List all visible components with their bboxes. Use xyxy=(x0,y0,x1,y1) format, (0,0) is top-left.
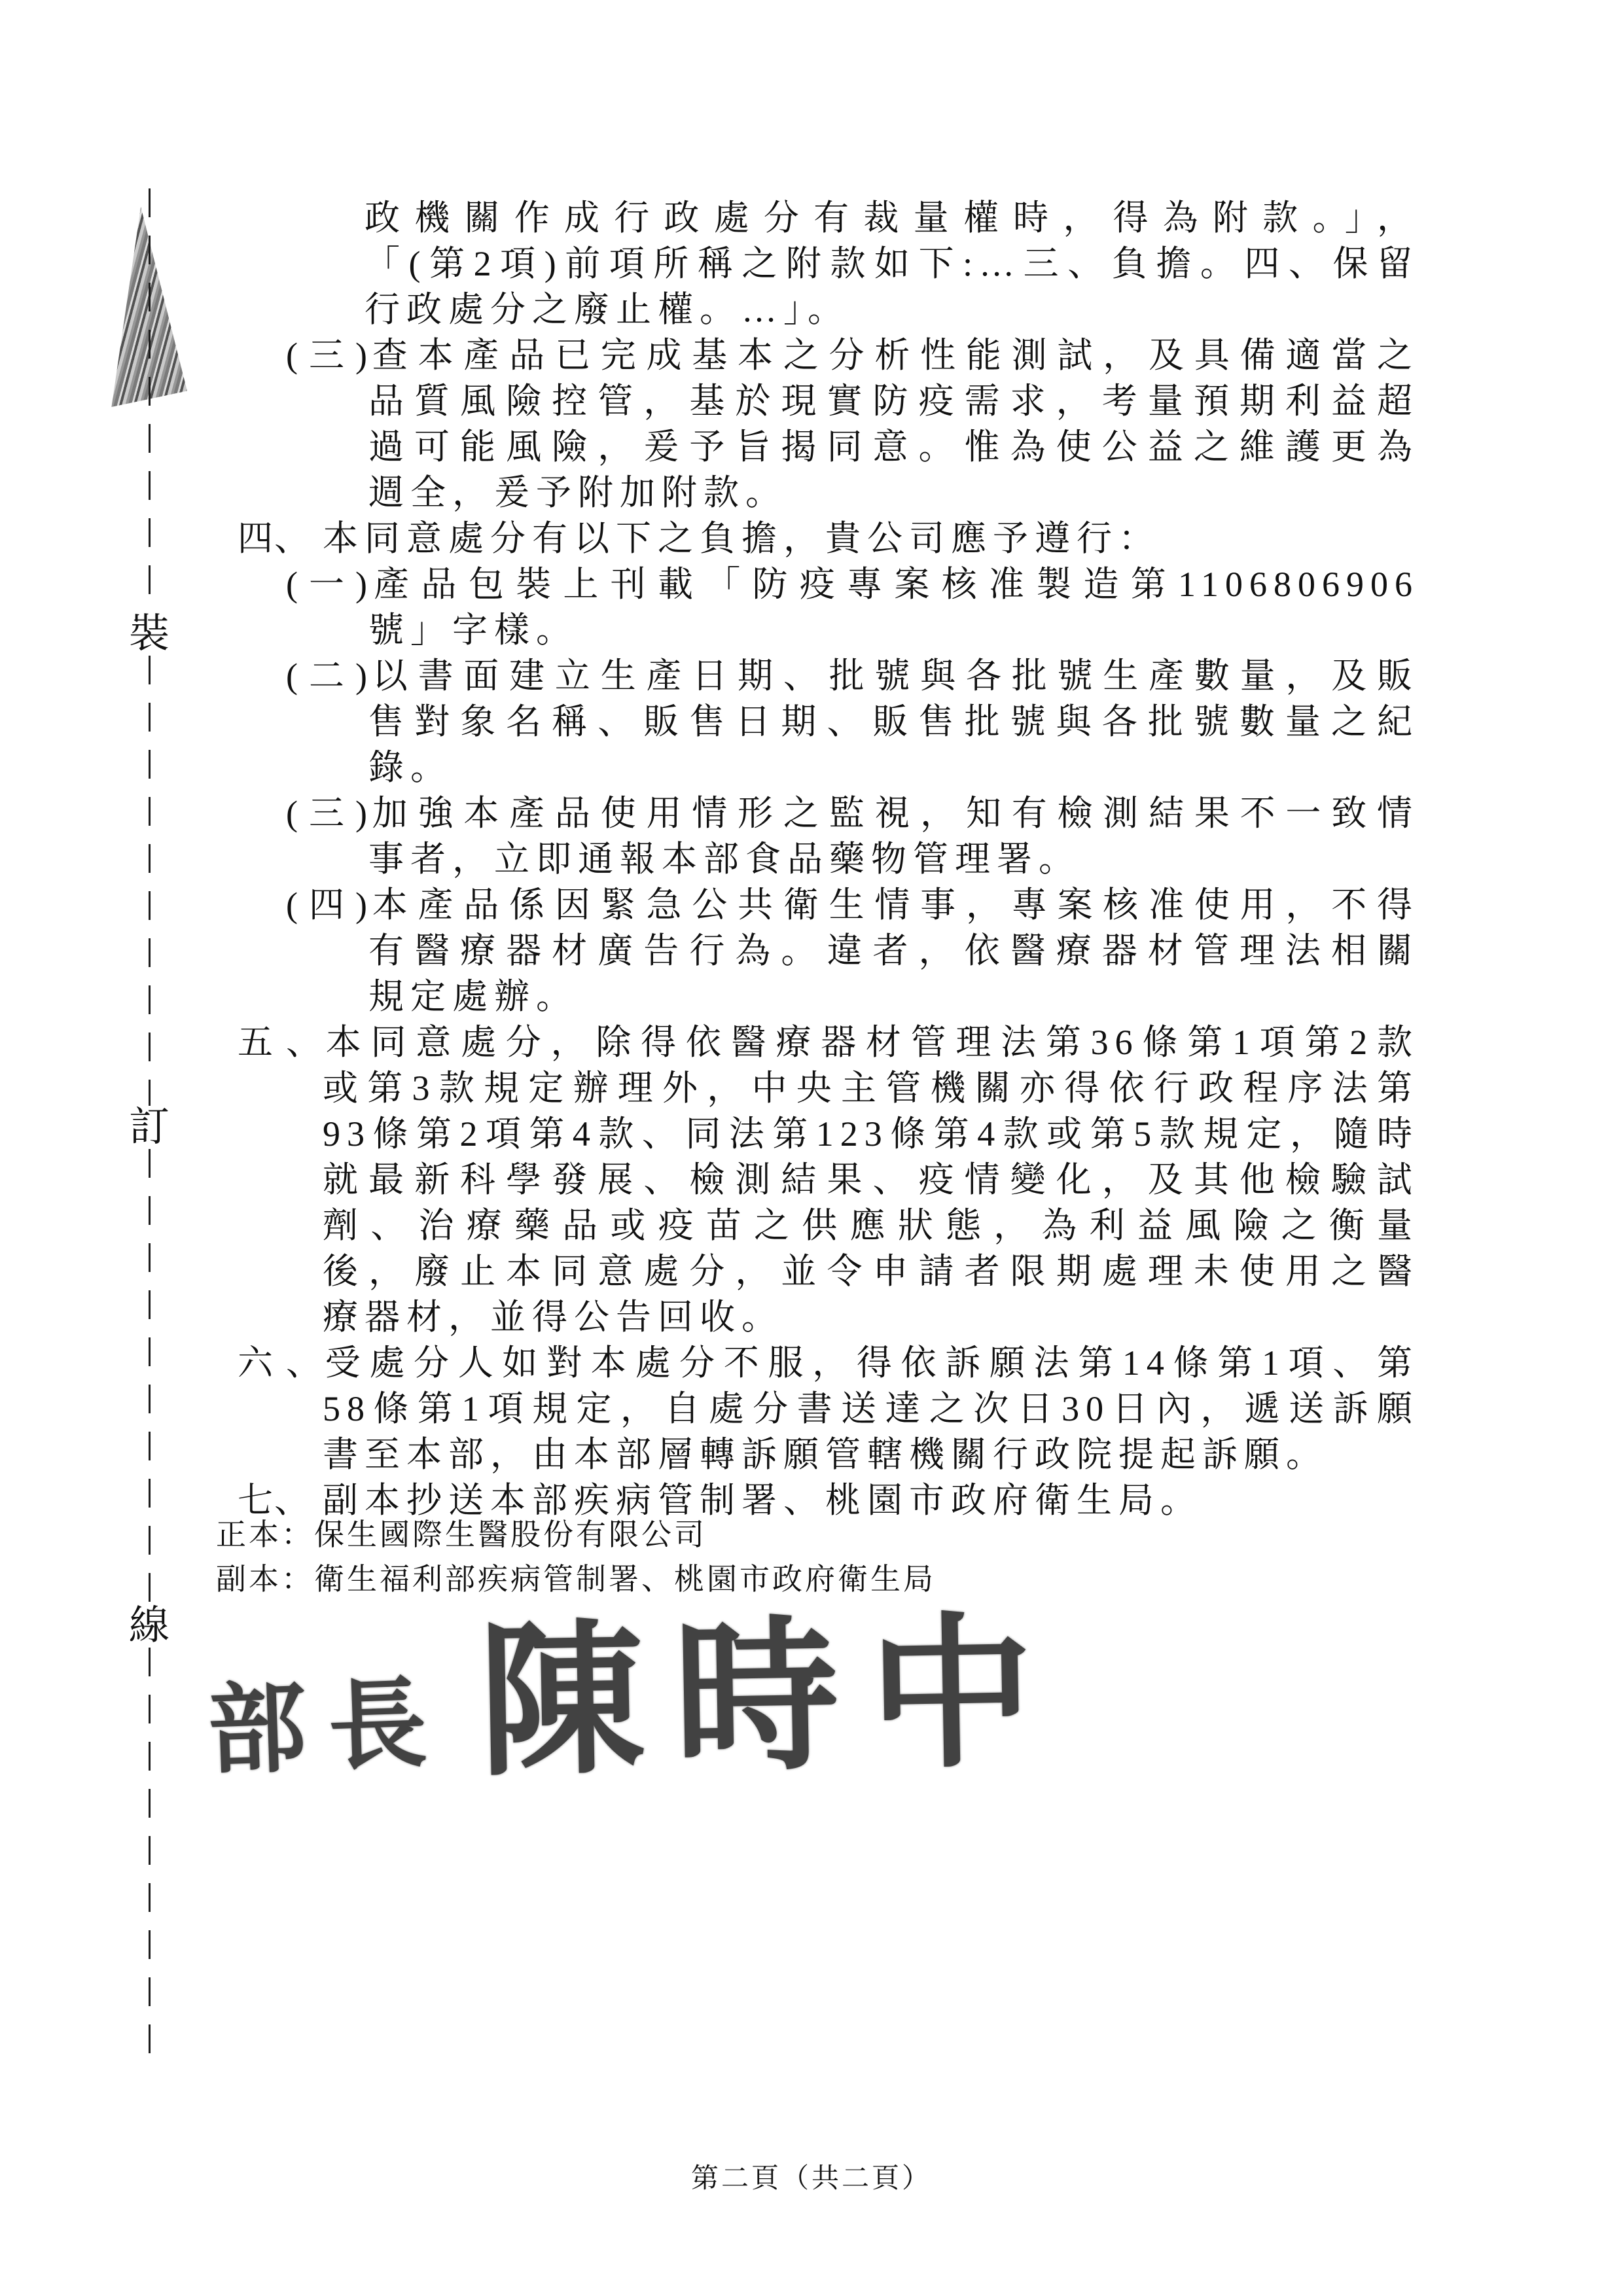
line-text: 行政處分之廢止權。…」。 xyxy=(365,290,849,329)
text-line: 錄。 xyxy=(238,745,1419,790)
line-text: 書至本部，由本部層轉訴願管轄機關行政院提起訴願。 xyxy=(323,1435,1328,1474)
line-text: 受處分人如對本處分不服，得依訴願法第14條第1項、第 xyxy=(323,1343,1419,1383)
line-text: 產品包裝上刊載「防疫專案核准製造第1106806906 xyxy=(368,565,1419,604)
signature-name: 陳時中 xyxy=(478,1611,1065,1786)
text-line: 事者，立即通報本部食品藥物管理署。 xyxy=(238,836,1419,882)
line-text: 療器材，並得公告回收。 xyxy=(323,1298,783,1337)
line-text: 本同意處分有以下之負擔，貴公司應予遵行： xyxy=(323,519,1160,558)
recipient-copy-label: 副本： xyxy=(216,1563,314,1596)
text-line: 四、本同意處分有以下之負擔，貴公司應予遵行： xyxy=(238,516,1419,561)
text-line: 售對象名稱、販售日期、販售批號與各批號數量之紀 xyxy=(238,699,1419,745)
binding-dashed-line xyxy=(149,656,151,1106)
item-marker: (四) xyxy=(286,882,368,928)
text-line: 「(第2項)前項所稱之附款如下:…三、負擔。四、保留 xyxy=(238,241,1419,287)
line-text: 本產品係因緊急公共衛生情事，專案核准使用，不得 xyxy=(368,885,1419,925)
minister-signature: 部長 陳時中 xyxy=(208,1616,1064,1781)
text-line: 品質風險控管，基於現實防疫需求，考量預期利益超 xyxy=(238,378,1419,424)
recipient-copy-value: 衛生福利部疾病管制署、桃園市政府衛生局 xyxy=(314,1563,936,1596)
line-text: 「(第2項)前項所稱之附款如下:…三、負擔。四、保留 xyxy=(365,244,1419,283)
line-text: 錄。 xyxy=(368,748,452,787)
text-line: (一)產品包裝上刊載「防疫專案核准製造第1106806906 xyxy=(238,561,1419,607)
line-text: 事者，立即通報本部食品藥物管理署。 xyxy=(368,839,1080,879)
page-number: 第二頁（共二頁） xyxy=(0,2157,1623,2196)
text-line: 週全，爰予附加附款。 xyxy=(238,470,1419,516)
text-line: 58條第1項規定，自處分書送達之次日30日內，遞送訴願 xyxy=(238,1386,1419,1432)
line-text: 查本產品已完成基本之分析性能測試，及具備適當之 xyxy=(368,336,1419,375)
text-line: 過可能風險，爰予旨揭同意。惟為使公益之維護更為 xyxy=(238,424,1419,470)
line-text: 售對象名稱、販售日期、販售批號與各批號數量之紀 xyxy=(368,702,1419,741)
binding-label-ding: 訂 xyxy=(129,1106,169,1149)
binding-dashed-line xyxy=(149,188,151,612)
text-line: 規定處辦。 xyxy=(238,974,1419,1019)
item-marker: 五、 xyxy=(238,1019,323,1065)
recipients-block: 正本：保生國際生醫股份有限公司 副本：衛生福利部疾病管制署、桃園市政府衛生局 xyxy=(216,1513,936,1602)
text-line: 六、受處分人如對本處分不服，得依訴願法第14條第1項、第 xyxy=(238,1340,1419,1386)
text-line: 書至本部，由本部層轉訴願管轄機關行政院提起訴願。 xyxy=(238,1432,1419,1477)
recipient-original-line: 正本：保生國際生醫股份有限公司 xyxy=(216,1513,936,1557)
line-text: 號」字樣。 xyxy=(368,610,578,650)
line-text: 58條第1項規定，自處分書送達之次日30日內，遞送訴願 xyxy=(323,1389,1419,1428)
text-line: 就最新科學發展、檢測結果、疫情變化，及其他檢驗試 xyxy=(238,1157,1419,1203)
line-text: 加強本產品使用情形之監視，知有檢測結果不一致情 xyxy=(368,794,1419,833)
item-marker: 四、 xyxy=(238,516,323,561)
binding-dashed-line xyxy=(149,1648,151,2070)
line-text: 週全，爰予附加附款。 xyxy=(368,473,787,512)
text-line: 號」字樣。 xyxy=(238,607,1419,653)
binding-label-xian: 線 xyxy=(129,1604,169,1648)
text-line: 93條第2項第4款、同法第123條第4款或第5款規定，隨時 xyxy=(238,1111,1419,1157)
item-marker: 六、 xyxy=(238,1340,323,1386)
document-page: 裝 訂 線 政機關作成行政處分有裁量權時，得為附款。」，「(第2項)前項所稱之附… xyxy=(0,0,1623,2296)
line-text: 劑、治療藥品或疫苗之供應狀態，為利益風險之衡量 xyxy=(323,1206,1419,1245)
text-line: (二)以書面建立生產日期、批號與各批號生產數量，及販 xyxy=(238,653,1419,699)
line-text: 過可能風險，爰予旨揭同意。惟為使公益之維護更為 xyxy=(368,427,1419,467)
text-line: 行政處分之廢止權。…」。 xyxy=(238,287,1419,332)
text-line: 政機關作成行政處分有裁量權時，得為附款。」， xyxy=(238,195,1419,241)
text-line: 後，廢止本同意處分，並令申請者限期處理未使用之醫 xyxy=(238,1248,1419,1294)
text-line: 或第3款規定辦理外，中央主管機關亦得依行政程序法第 xyxy=(238,1065,1419,1111)
text-line: (三)加強本產品使用情形之監視，知有檢測結果不一致情 xyxy=(238,790,1419,836)
text-line: 療器材，並得公告回收。 xyxy=(238,1294,1419,1340)
item-marker: (三) xyxy=(286,332,368,378)
line-text: 或第3款規定辦理外，中央主管機關亦得依行政程序法第 xyxy=(323,1069,1419,1108)
line-text: 規定處辦。 xyxy=(368,977,578,1016)
line-text: 本同意處分，除得依醫療器材管理法第36條第1項第2款 xyxy=(323,1023,1419,1062)
item-marker: (二) xyxy=(286,653,368,699)
line-text: 有醫療器材廣告行為。違者，依醫療器材管理法相關 xyxy=(368,931,1419,970)
line-text: 就最新科學發展、檢測結果、疫情變化，及其他檢驗試 xyxy=(323,1160,1419,1199)
text-line: (三)查本產品已完成基本之分析性能測試，及具備適當之 xyxy=(238,332,1419,378)
line-text: 品質風險控管，基於現實防疫需求，考量預期利益超 xyxy=(368,381,1419,421)
binding-margin: 裝 訂 線 xyxy=(128,188,170,2070)
line-text: 以書面建立生產日期、批號與各批號生產數量，及販 xyxy=(368,656,1419,696)
binding-dashed-line xyxy=(149,1149,151,1604)
document-body: 政機關作成行政處分有裁量權時，得為附款。」，「(第2項)前項所稱之附款如下:…三… xyxy=(238,195,1419,1523)
item-marker: (三) xyxy=(286,790,368,836)
item-marker: (一) xyxy=(286,561,368,607)
binding-label-zhuang: 裝 xyxy=(129,612,169,656)
text-line: 五、本同意處分，除得依醫療器材管理法第36條第1項第2款 xyxy=(238,1019,1419,1065)
line-text: 政機關作成行政處分有裁量權時，得為附款。」， xyxy=(365,198,1419,238)
text-line: 有醫療器材廣告行為。違者，依醫療器材管理法相關 xyxy=(238,928,1419,974)
text-line: 劑、治療藥品或疫苗之供應狀態，為利益風險之衡量 xyxy=(238,1203,1419,1248)
recipient-original-label: 正本： xyxy=(216,1518,314,1551)
line-text: 後，廢止本同意處分，並令申請者限期處理未使用之醫 xyxy=(323,1252,1419,1291)
recipient-copy-line: 副本：衛生福利部疾病管制署、桃園市政府衛生局 xyxy=(216,1557,936,1602)
line-text: 93條第2項第4款、同法第123條第4款或第5款規定，隨時 xyxy=(323,1114,1419,1154)
signature-title: 部長 xyxy=(206,1675,450,1782)
recipient-original-value: 保生國際生醫股份有限公司 xyxy=(314,1518,707,1551)
text-line: (四)本產品係因緊急公共衛生情事，專案核准使用，不得 xyxy=(238,882,1419,928)
